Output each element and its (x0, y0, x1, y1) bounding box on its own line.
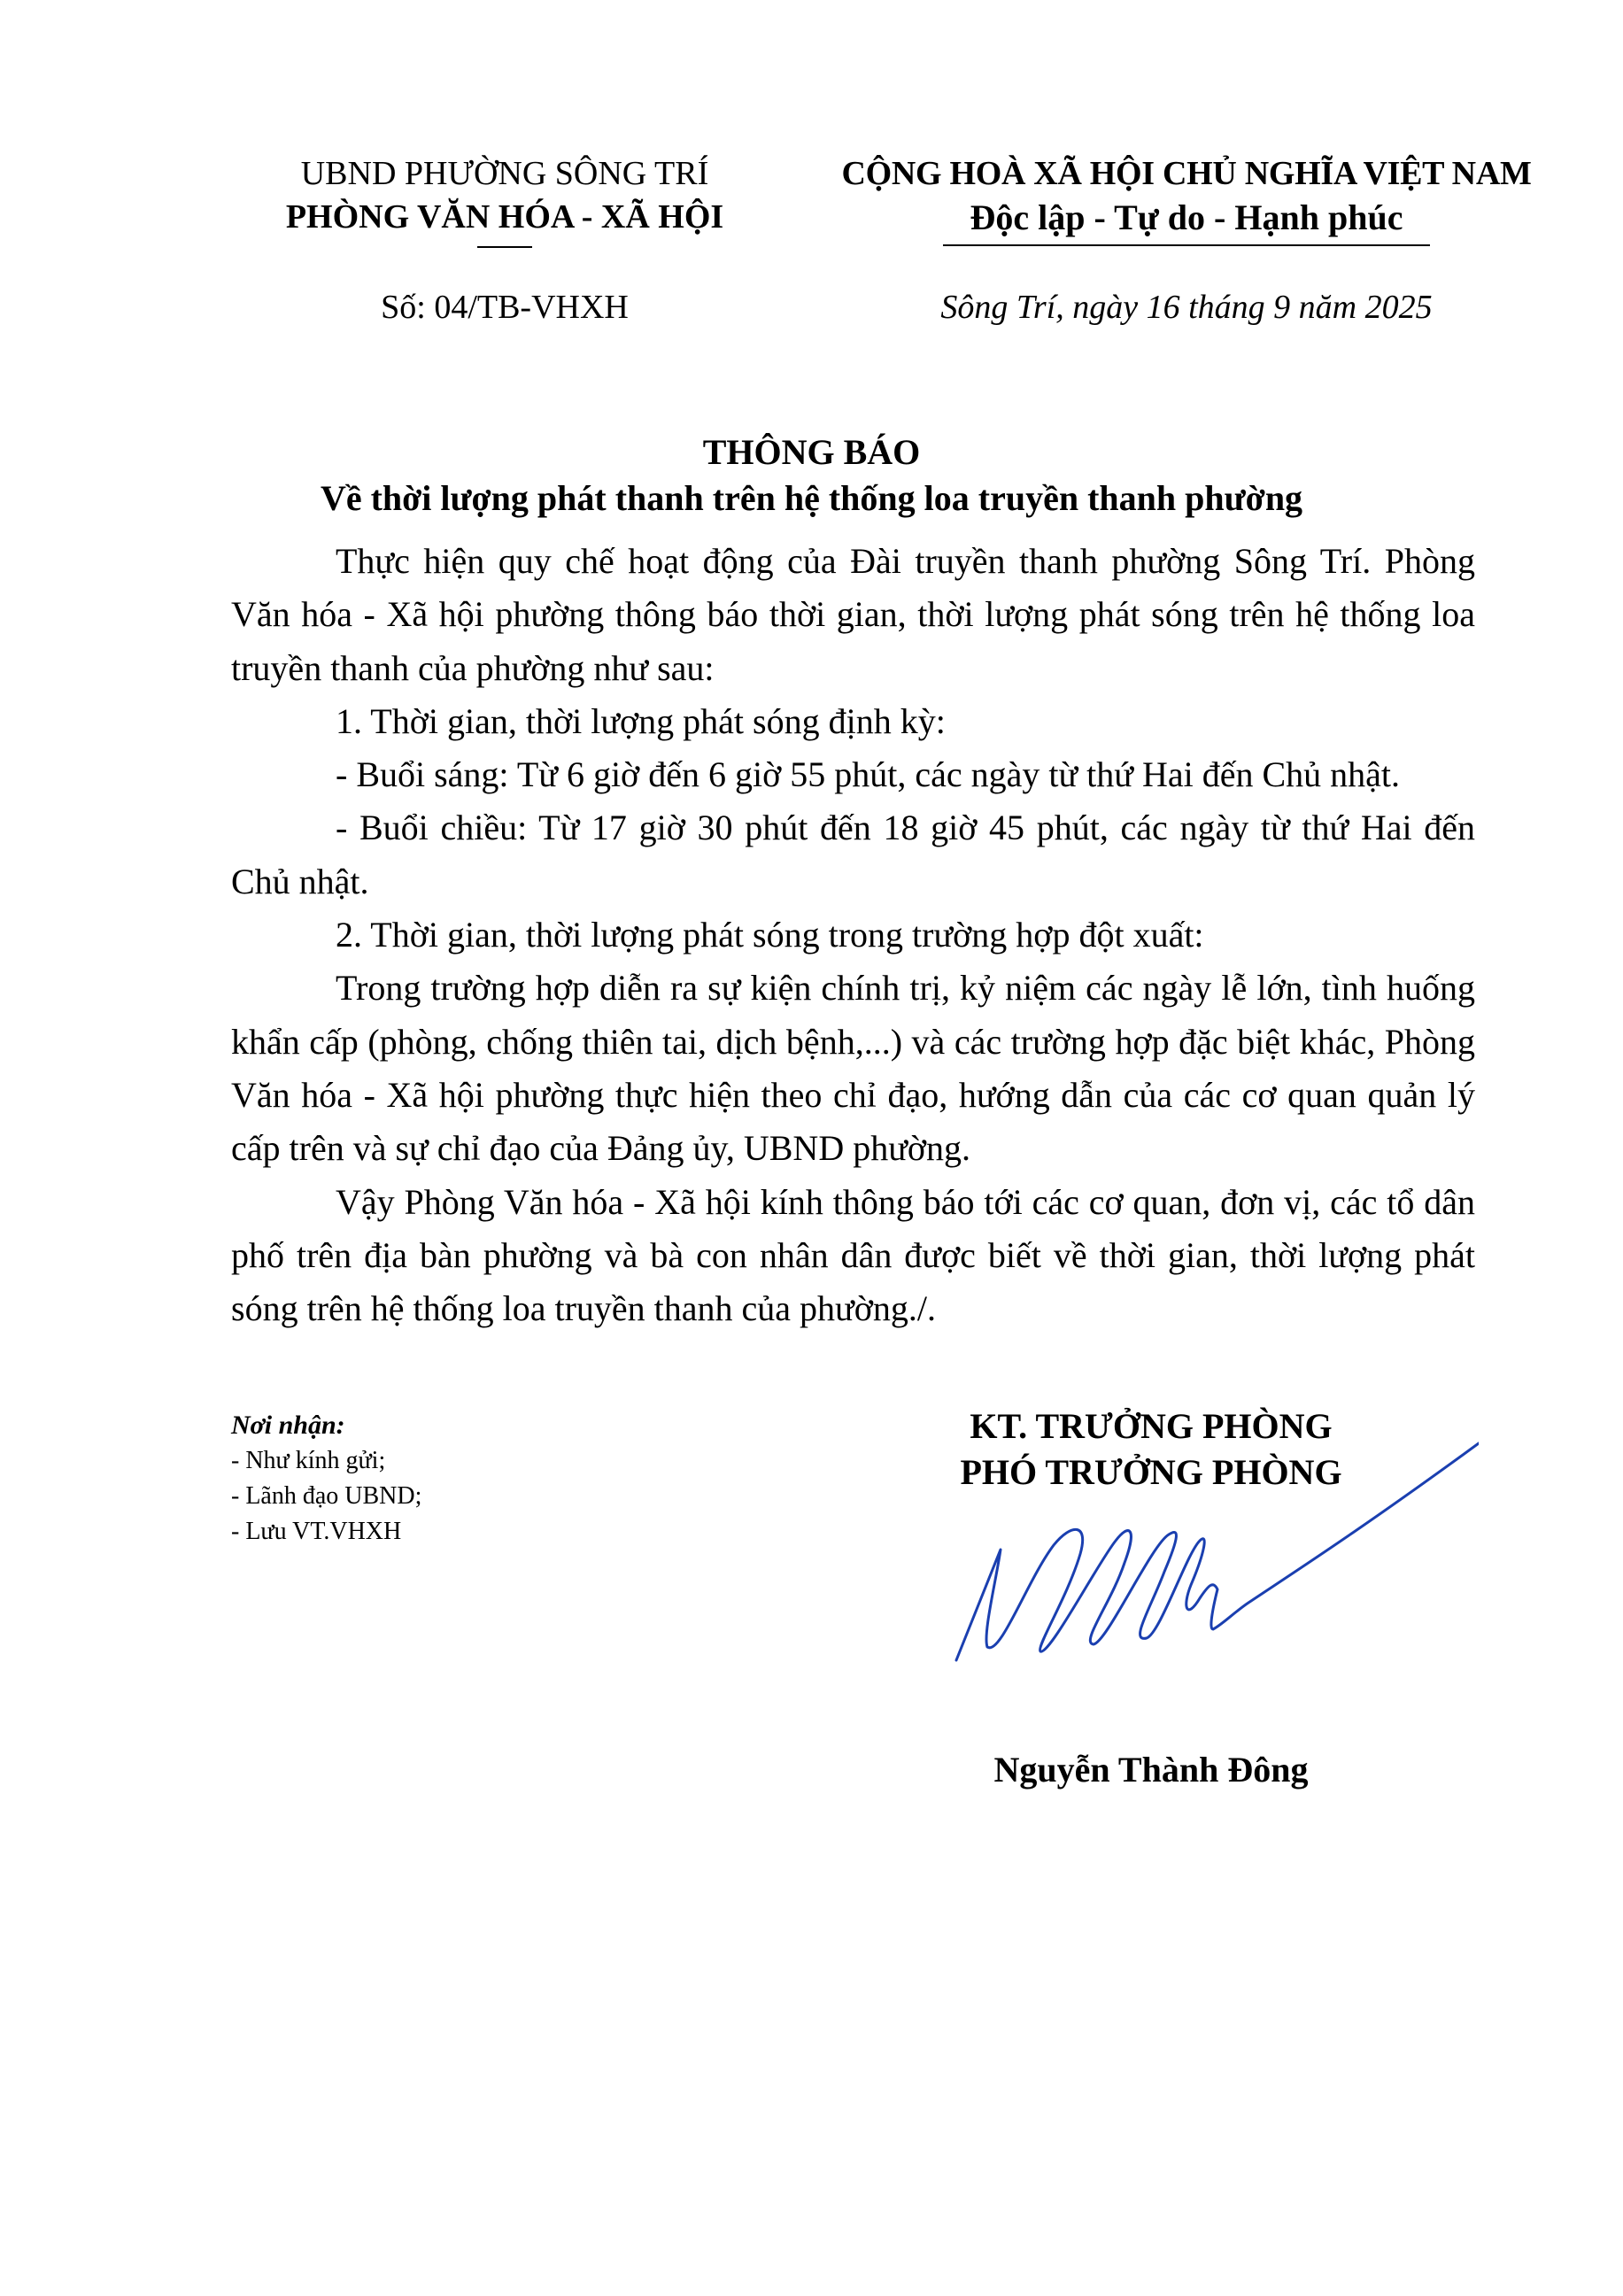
body-paragraph: - Buổi chiều: Từ 17 giờ 30 phút đến 18 g… (231, 801, 1475, 908)
body-paragraph: 1. Thời gian, thời lượng phát sóng định … (231, 695, 1475, 748)
place-date: Sông Trí, ngày 16 tháng 9 năm 2025 (801, 288, 1572, 327)
recipient-item: - Lưu VT.VHXH (231, 1514, 674, 1550)
agency-name: PHÒNG VĂN HÓA - XÃ HỘI (239, 195, 770, 239)
document-subtitle: Về thời lượng phát thanh trên hệ thống l… (0, 475, 1623, 522)
recipient-item: - Như kính gửi; (231, 1443, 674, 1479)
issuing-agency: UBND PHƯỜNG SÔNG TRÍ PHÒNG VĂN HÓA - XÃ … (239, 152, 770, 248)
body-paragraph: Vậy Phòng Văn hóa - Xã hội kính thông bá… (231, 1176, 1475, 1336)
document-number: Số: 04/TB-VHXH (239, 288, 770, 327)
body-paragraph: Trong trường hợp diễn ra sự kiện chính t… (231, 962, 1475, 1175)
country-name: CỘNG HOÀ XÃ HỘI CHỦ NGHĨA VIỆT NAM (801, 152, 1572, 195)
signer-name: Nguyễn Thành Đông (885, 1749, 1417, 1790)
recipient-item: - Lãnh đạo UBND; (231, 1479, 674, 1514)
agency-underline (477, 246, 532, 248)
agency-parent: UBND PHƯỜNG SÔNG TRÍ (239, 152, 770, 195)
body-paragraph: 2. Thời gian, thời lượng phát sóng trong… (231, 908, 1475, 962)
body-paragraph: - Buổi sáng: Từ 6 giờ đến 6 giờ 55 phút,… (231, 748, 1475, 801)
national-motto: CỘNG HOÀ XÃ HỘI CHỦ NGHĨA VIỆT NAM Độc l… (801, 152, 1572, 246)
body-paragraph: Thực hiện quy chế hoạt động của Đài truy… (231, 535, 1475, 695)
document-body: Thực hiện quy chế hoạt động của Đài truy… (231, 535, 1475, 1335)
motto: Độc lập - Tự do - Hạnh phúc (801, 195, 1572, 241)
motto-underline (943, 244, 1430, 246)
recipients-heading: Nơi nhận: (231, 1408, 674, 1443)
recipients-block: Nơi nhận: - Như kính gửi; - Lãnh đạo UBN… (231, 1408, 674, 1550)
document-title: THÔNG BÁO (0, 429, 1623, 475)
handwritten-signature-icon (947, 1439, 1479, 1669)
